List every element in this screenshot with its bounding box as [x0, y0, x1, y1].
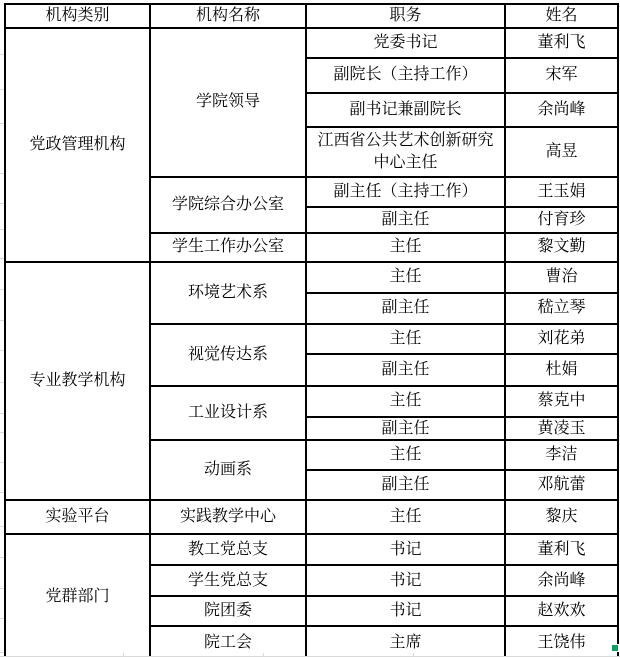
org-name-cell: 学生工作办公室 [150, 233, 306, 262]
gridline-segment [0, 289, 4, 290]
position-cell: 副主任（主持工作） [306, 177, 505, 207]
person-name-cell: 李洁 [505, 440, 618, 470]
table-row: 实验平台实践教学中心主任黎庆 [5, 500, 618, 534]
person-name-cell: 王饶伟 [505, 626, 618, 657]
position-cell: 副主任 [306, 470, 505, 500]
category-cell: 专业教学机构 [5, 262, 150, 501]
person-name-cell: 高昱 [505, 127, 618, 177]
header-cell-position: 职务 [306, 4, 505, 28]
gridline-segment [0, 173, 4, 174]
table-row: 党群部门教工党总支书记董利飞 [5, 534, 618, 565]
org-name-cell: 院工会 [150, 626, 306, 657]
position-cell: 党委书记 [306, 28, 505, 58]
person-name-cell: 余尚峰 [505, 93, 618, 127]
gridline-segment [123, 653, 124, 657]
header-cell-org-name: 机构名称 [150, 4, 306, 28]
header-row: 机构类别 机构名称 职务 姓名 [5, 4, 618, 28]
org-name-cell: 学生党总支 [150, 565, 306, 596]
gridline-segment [0, 229, 4, 230]
gridline-segment [263, 653, 264, 657]
position-cell: 副主任 [306, 207, 505, 233]
position-cell: 主任 [306, 386, 505, 417]
person-name-cell: 王玉娟 [505, 177, 618, 207]
position-cell: 副主任 [306, 354, 505, 386]
position-cell: 书记 [306, 565, 505, 596]
gridline-segment [0, 54, 4, 55]
person-name-cell: 宋军 [505, 58, 618, 93]
org-name-cell: 教工党总支 [150, 534, 306, 565]
header-cell-category: 机构类别 [5, 4, 150, 28]
category-cell: 实验平台 [5, 500, 150, 534]
org-name-cell: 动画系 [150, 440, 306, 500]
person-name-cell: 刘花弟 [505, 324, 618, 354]
person-name-cell: 董利飞 [505, 28, 618, 58]
gridline-segment [0, 432, 4, 433]
gridline-segment [0, 652, 4, 653]
gridline-segment [0, 350, 4, 351]
person-name-cell: 付育珍 [505, 207, 618, 233]
category-cell: 党政管理机构 [5, 28, 150, 262]
person-name-cell: 杜娟 [505, 354, 618, 386]
position-cell: 副主任 [306, 293, 505, 324]
org-name-cell: 工业设计系 [150, 386, 306, 441]
person-name-cell: 赵欢欢 [505, 596, 618, 626]
header-cell-person-name: 姓名 [505, 4, 618, 28]
person-name-cell: 黎庆 [505, 500, 618, 534]
position-cell: 江西省公共艺术创新研究中心主任 [306, 127, 505, 177]
position-cell: 主任 [306, 233, 505, 262]
gridline-segment [0, 557, 4, 558]
org-name-cell: 学院领导 [150, 28, 306, 177]
position-cell: 主任 [306, 262, 505, 293]
position-cell: 主任 [306, 500, 505, 534]
gridline-segment [0, 89, 4, 90]
gridline-segment [0, 413, 4, 414]
gridline-segment [0, 462, 4, 463]
table-row: 党政管理机构学院领导党委书记董利飞 [5, 28, 618, 58]
org-name-cell: 视觉传达系 [150, 324, 306, 386]
gridline-segment [0, 203, 4, 204]
gridline-segment [0, 492, 4, 493]
gridline-segment [413, 653, 414, 657]
gridline-segment [0, 588, 4, 589]
org-name-cell: 实践教学中心 [150, 500, 306, 534]
position-cell: 书记 [306, 596, 505, 626]
org-name-cell: 院团委 [150, 596, 306, 626]
gridline-segment [0, 123, 4, 124]
gridline-segment [0, 526, 4, 527]
position-cell: 主任 [306, 324, 505, 354]
gridline-segment [0, 258, 4, 259]
table-row: 专业教学机构环境艺术系主任曹治 [5, 262, 618, 293]
org-structure-table: 机构类别 机构名称 职务 姓名 党政管理机构学院领导党委书记董利飞副院长（主持工… [4, 3, 619, 657]
gridline-segment [0, 382, 4, 383]
position-cell: 副书记兼副院长 [306, 93, 505, 127]
position-cell: 主任 [306, 440, 505, 470]
person-name-cell: 曹治 [505, 262, 618, 293]
person-name-cell: 黄凌玉 [505, 417, 618, 441]
person-name-cell: 董利飞 [505, 534, 618, 565]
person-name-cell: 黎文勤 [505, 233, 618, 262]
person-name-cell: 蔡克中 [505, 386, 618, 417]
fill-handle[interactable] [611, 644, 619, 652]
position-cell: 副院长（主持工作） [306, 58, 505, 93]
person-name-cell: 余尚峰 [505, 565, 618, 596]
position-cell: 副主任 [306, 417, 505, 441]
org-name-cell: 学院综合办公室 [150, 177, 306, 233]
position-cell: 书记 [306, 534, 505, 565]
category-cell: 党群部门 [5, 534, 150, 657]
spreadsheet-canvas: 机构类别 机构名称 职务 姓名 党政管理机构学院领导党委书记董利飞副院长（主持工… [0, 0, 620, 657]
person-name-cell: 邓航蕾 [505, 470, 618, 500]
position-cell: 主席 [306, 626, 505, 657]
person-name-cell: 嵇立琴 [505, 293, 618, 324]
org-name-cell: 环境艺术系 [150, 262, 306, 324]
gridline-segment [0, 320, 4, 321]
gridline-segment [0, 618, 4, 619]
